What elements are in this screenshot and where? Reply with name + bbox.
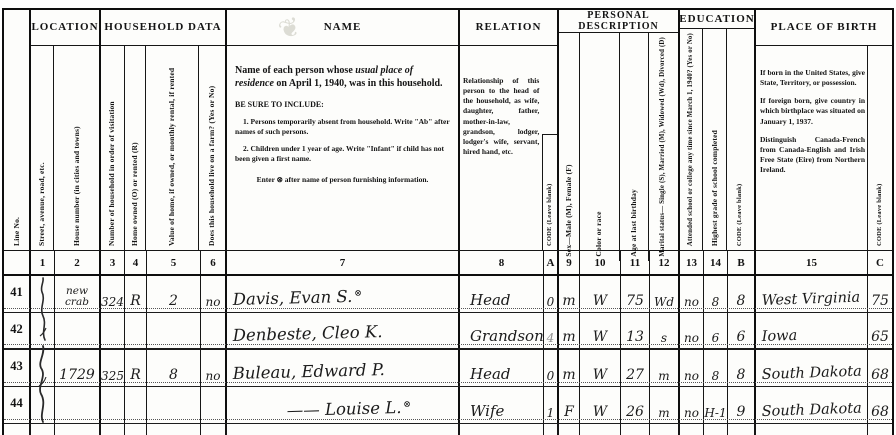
education-title: EDUCATION [680,10,754,29]
table-row-42: 42 Denbeste, Cleo K. Grandson 4 m W 13 s… [4,313,892,350]
col14-header: Highest grade of school completed [703,29,726,250]
code-b-cell: 9 [728,387,756,423]
relation-cell: Head [460,276,544,312]
line-no-header-cell: Line No. [4,10,29,250]
relation-cell: Head [460,350,544,386]
relation-description: Relationship of this person to the head … [460,46,542,250]
col12-header: Marital status— Single (S), Married (M),… [649,33,678,261]
partial-row [4,424,892,435]
home-value-cell [147,313,201,348]
location-title: LOCATION [31,10,99,46]
col4-header: Home owned (O) or rented (R) [125,46,147,250]
colA-code-box: CODE (Leave blank) [542,134,557,250]
name-cell: Buleau, Edward P. [227,350,460,386]
birth-description: If born in the United States, give State… [756,46,868,250]
visit-number-cell: 325 [101,350,125,386]
race-cell: W [580,387,621,423]
group-household-data: HOUSEHOLD DATA Number of household in or… [101,10,227,250]
birthplace-cell: South Dakota [756,350,868,386]
street-cell [31,387,55,423]
col11-header: Age at last birthday [620,33,649,261]
col6-header: Does this household live on a farm? (Yes… [199,46,225,250]
table-row-41: 41 new crab 324 R 2 no Davis, Evan S.⊗ H… [4,276,892,313]
informant-mark: ⊗ [354,288,362,298]
relation-cell: Grandson [460,313,544,348]
name-be-sure: BE SURE TO INCLUDE: [235,100,450,109]
tenure-cell [125,313,147,348]
col1-header: Street, avenue, road, etc. [31,46,54,250]
group-education: EDUCATION Attended school or college any… [680,10,756,250]
race-cell: W [580,350,621,386]
school-cell: no [680,313,704,348]
num-A: A [544,251,559,274]
group-location: LOCATION Street, avenue, road, etc. Hous… [31,10,101,250]
code-a-cell: 1 [544,387,559,423]
age-cell: 26 [621,387,650,423]
visit-number-cell [101,387,125,423]
grade-cell: 8 [704,276,728,312]
age-cell: 13 [621,313,650,348]
num-4: 4 [125,251,147,274]
num-2: 2 [55,251,101,274]
visit-number-cell: 324 [101,276,125,312]
tenure-cell: R [125,276,147,312]
name-instructions: Name of each person whose usual place of… [227,46,458,190]
home-value-cell [147,387,201,423]
age-cell: 75 [621,276,650,312]
household-title: HOUSEHOLD DATA [101,10,225,46]
marital-cell: Wd [650,276,680,312]
code-b-cell: 8 [728,276,756,312]
race-cell: W [580,313,621,348]
farm-cell [201,387,227,423]
group-name: ❦ NAME Name of each person whose usual p… [227,10,460,250]
farm-cell: no [201,350,227,386]
line-number: 43 [4,350,31,386]
table-row-44: 44 —— Louise L.⊗ Wife 1 F W 26 m no H-1 … [4,387,892,424]
col10-label: Color or race [593,33,605,261]
name-item-3: Enter ⊗ after name of person furnishing … [235,175,450,184]
name-cell: Davis, Evan S.⊗ [227,276,460,312]
birth-p2: If foreign born, give country in which b… [760,96,865,126]
code-a-cell: 0 [544,350,559,386]
sex-cell: m [559,313,580,348]
marital-cell: m [650,350,680,386]
table-row-43: 43 1729 325 R 8 no Buleau, Edward P. Hea… [4,350,892,387]
home-value-cell: 8 [147,350,201,386]
num-blank [4,251,31,274]
num-15: 15 [756,251,868,274]
grade-cell: 6 [704,313,728,348]
num-14: 14 [704,251,728,274]
code-a-cell: 0 [544,276,559,312]
colA-header: CODE (Leave blank) [542,46,557,250]
farm-cell: no [201,276,227,312]
num-1: 1 [31,251,55,274]
code-a-cell: 4 [544,313,559,348]
informant-mark: ⊗ [403,399,411,409]
num-7: 7 [227,251,460,274]
tenure-cell: R [125,350,147,386]
colC-header: CODE (Leave blank) [868,46,892,250]
birth-p1: If born in the United States, give State… [760,68,865,88]
num-5: 5 [147,251,201,274]
street-cell [31,350,55,386]
group-personal-description: PERSONAL DESCRIPTION Sex—Male (M), Femal… [559,10,680,250]
code-c-cell: 68 [868,350,892,386]
age-cell: 27 [621,350,650,386]
grade-cell: 8 [704,350,728,386]
code-b-cell: 6 [728,313,756,348]
birthplace-cell: West Virginia [756,276,868,312]
col5-label: Value of home, if owned, or monthly rent… [166,46,178,250]
birth-p3: Distinguish Canada-French from Canada-En… [760,135,865,176]
census-form-sheet: Line No. LOCATION Street, avenue, road, … [2,8,894,435]
col2-label: House number (in cities and towns) [71,46,83,250]
street-cell [31,313,55,348]
col3-header: Number of household in order of visitati… [101,46,125,250]
code-b-cell: 8 [728,350,756,386]
num-3: 3 [101,251,125,274]
birth-title: PLACE OF BIRTH [756,10,892,46]
col11-label: Age at last birthday [628,33,640,261]
line-no-label: Line No. [11,10,23,250]
school-cell: no [680,350,704,386]
relation-title: RELATION [460,10,557,46]
colC-code-label: CODE (Leave blank) [875,46,885,250]
sex-cell: F [559,387,580,423]
col9-label: Sex—Male (M), Female (F) [563,33,575,261]
sex-cell: m [559,276,580,312]
visit-number-cell [101,313,125,348]
sex-cell: m [559,350,580,386]
col3-label: Number of household in order of visitati… [106,46,118,250]
num-13: 13 [680,251,704,274]
column-number-band: 1 2 3 4 5 6 7 8 A 9 10 11 12 13 14 B 15 … [4,250,892,276]
col4-label: Home owned (O) or rented (R) [129,46,141,250]
col9-header: Sex—Male (M), Female (F) [559,33,580,261]
col5-header: Value of home, if owned, or monthly rent… [146,46,199,250]
num-8: 8 [460,251,544,274]
grade-cell: H-1 [704,387,728,423]
race-cell: W [580,276,621,312]
name-cell: —— Louise L.⊗ [227,387,460,423]
line-number: 41 [4,276,31,312]
col10-header: Color or race [580,33,620,261]
colB-code-label: CODE (Leave blank) [735,29,745,250]
header-band: Line No. LOCATION Street, avenue, road, … [4,10,892,250]
tenure-cell [125,387,147,423]
name-cell: Denbeste, Cleo K. [227,313,460,348]
column-line-no: Line No. [4,10,31,250]
name-title: NAME [227,10,458,46]
code-c-cell: 68 [868,387,892,423]
code-c-cell: 75 [868,276,892,312]
name-item-1: 1. Persons temporarily absent from house… [235,117,450,137]
colB-header: CODE (Leave blank) [727,29,754,250]
col1-label: Street, avenue, road, etc. [36,46,48,250]
name-item-2: 2. Children under 1 year of age. Write "… [235,144,450,164]
colA-code-label: CODE (Leave blank) [545,135,555,250]
num-B: B [728,251,756,274]
col6-label: Does this household live on a farm? (Yes… [206,46,218,250]
col13-label: Attended school or college any time sinc… [686,29,697,250]
line-number: 42 [4,313,31,348]
relation-cell: Wife [460,387,544,423]
code-c-cell: 65 [868,313,892,348]
line-number: 44 [4,387,31,423]
house-number-cell [55,313,101,348]
group-place-of-birth: PLACE OF BIRTH If born in the United Sta… [756,10,892,250]
col13-header: Attended school or college any time sinc… [680,29,703,250]
name-instruction-main: Name of each person whose usual place of… [235,64,450,90]
birthplace-cell: South Dakota [756,387,868,423]
street-cell [31,276,55,312]
col12-label: Marital status— Single (S), Married (M),… [658,33,669,261]
house-number-cell: new crab [55,276,101,312]
group-relation: RELATION Relationship of this person to … [460,10,559,250]
house-number-cell: 1729 [55,350,101,386]
farm-cell [201,313,227,348]
marital-cell: s [650,313,680,348]
col14-label: Highest grade of school completed [709,29,721,250]
marital-cell: m [650,387,680,423]
num-C: C [868,251,892,274]
school-cell: no [680,276,704,312]
col2-header: House number (in cities and towns) [54,46,99,250]
house-number-cell [55,387,101,423]
personal-title: PERSONAL DESCRIPTION [559,10,678,33]
home-value-cell: 2 [147,276,201,312]
num-6: 6 [201,251,227,274]
birthplace-cell: Iowa [756,313,868,348]
school-cell: no [680,387,704,423]
